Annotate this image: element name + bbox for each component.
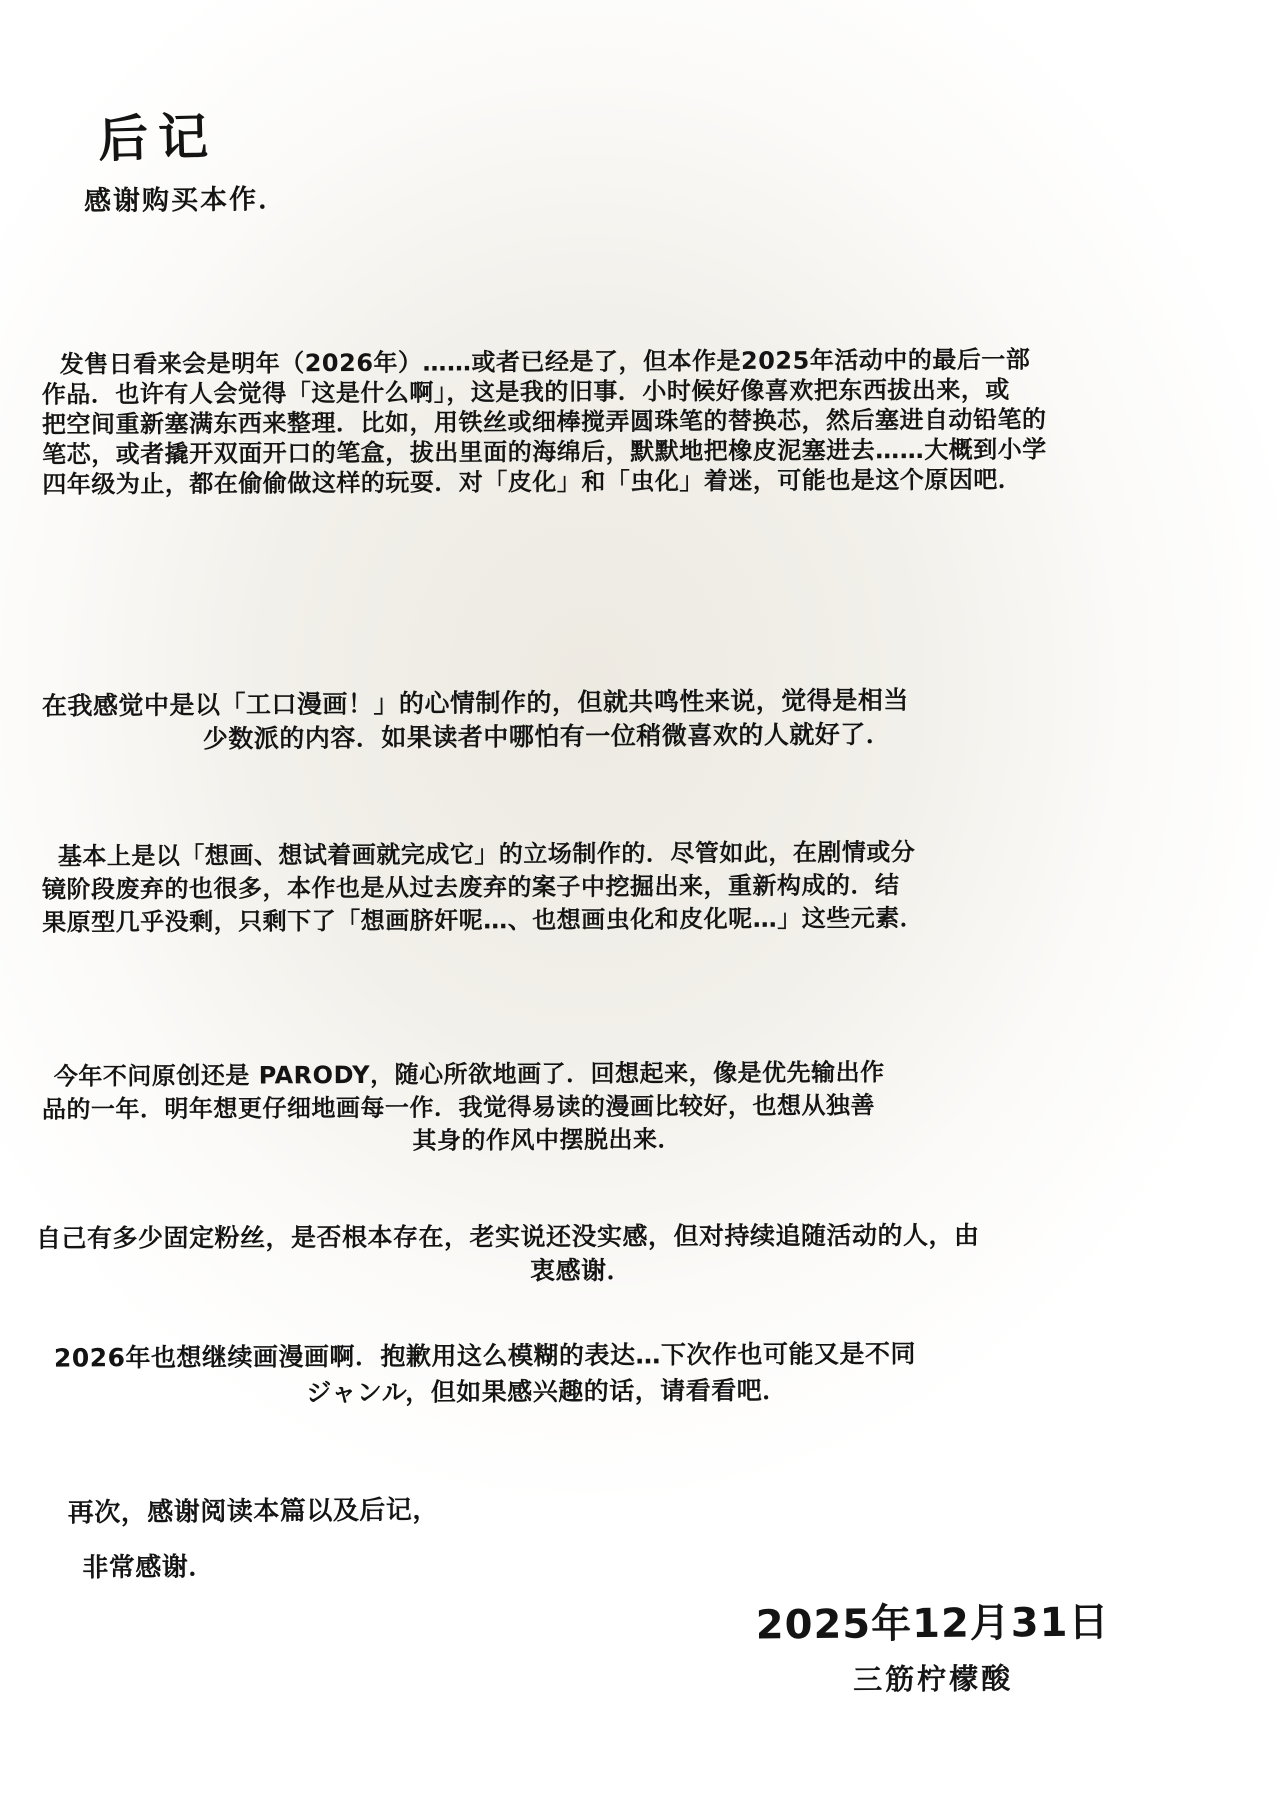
paragraph-line: 非常感谢．: [68, 1539, 1078, 1585]
paragraph-line: 2026年也想继续画漫画啊．抱歉用这么模糊的表达…下次作也可能又是不同: [42, 1335, 1052, 1376]
page-title: 后记: [97, 96, 219, 171]
date-text: 2025年12月31日: [756, 1590, 1110, 1650]
paragraph-line: 镜阶段废弃的也很多，本作也是从过去废弃的案子中挖掘出来，重新构成的．结: [42, 868, 1052, 906]
paragraph-line: 衷感谢．: [36, 1252, 1126, 1290]
paragraph-production: 基本上是以「想画、想试着画就完成它」的立场制作的．尽管如此，在剧情或分 镜阶段废…: [42, 835, 1053, 939]
paragraph-year-review: 今年不问原创还是 PARODY，随心所欲地画了．回想起来，像是优先输出作 品的一…: [42, 1055, 1053, 1159]
paragraph-feelings: 在我感觉中是以「工口漫画！」的心情制作的，但就共鸣性来说，觉得是相当 少数派的内…: [42, 682, 1052, 757]
greeting-text: 感谢购买本作．: [84, 177, 287, 218]
footer-signoff: 2025年12月31日 三筋柠檬酸: [756, 1590, 1111, 1699]
paragraph-line: ジャンル，但如果感兴趣的话，请看看吧．: [42, 1371, 1052, 1412]
paragraph-next-year: 2026年也想继续画漫画啊．抱歉用这么模糊的表达…下次作也可能又是不同 ジャンル…: [42, 1335, 1052, 1412]
paragraph-line: 少数派的内容．如果读者中哪怕有一位稍微喜欢的人就好了．: [42, 716, 1052, 757]
author-signature: 三筋柠檬酸: [756, 1655, 1110, 1699]
paragraph-line: 基本上是以「想画、想试着画就完成它」的立场制作的．尽管如此，在剧情或分: [42, 835, 1052, 873]
paragraph-line: 其身的作风中摆脱出来．: [42, 1121, 1052, 1159]
paragraph-line: 自己有多少固定粉丝，是否根本存在，老实说还没实感，但对持续追随活动的人，由: [36, 1218, 1126, 1256]
paragraph-line: 再次，感谢阅读本篇以及后记，: [68, 1484, 1078, 1530]
afterword-page: 后记 感谢购买本作． 发售日看来会是明年（2026年）……或者已经是了，但本作是…: [0, 0, 1280, 1807]
paragraph-line: 果原型几乎没剩，只剩下了「想画脐奸呢…、也想画虫化和皮化呢…」这些元素．: [42, 901, 1052, 939]
paragraph-closing-thanks: 再次，感谢阅读本篇以及后记， 非常感谢．: [68, 1484, 1079, 1585]
paragraph-line: 品的一年．明年想更仔细地画每一作．我觉得易读的漫画比较好，也想从独善: [42, 1088, 1052, 1126]
paragraph-line: 四年级为止，都在偷偷做这样的玩耍．对「皮化」和「虫化」着迷，可能也是这个原因吧．: [42, 464, 1052, 499]
paragraph-fans-thanks: 自己有多少固定粉丝，是否根本存在，老实说还没实感，但对持续追随活动的人，由 衷感…: [36, 1218, 1126, 1290]
paragraph-release-note: 发售日看来会是明年（2026年）……或者已经是了，但本作是2025年活动中的最后…: [42, 344, 1053, 499]
paragraph-line: 在我感觉中是以「工口漫画！」的心情制作的，但就共鸣性来说，觉得是相当: [42, 682, 1052, 723]
paragraph-line: 今年不问原创还是 PARODY，随心所欲地画了．回想起来，像是优先输出作: [42, 1055, 1052, 1093]
